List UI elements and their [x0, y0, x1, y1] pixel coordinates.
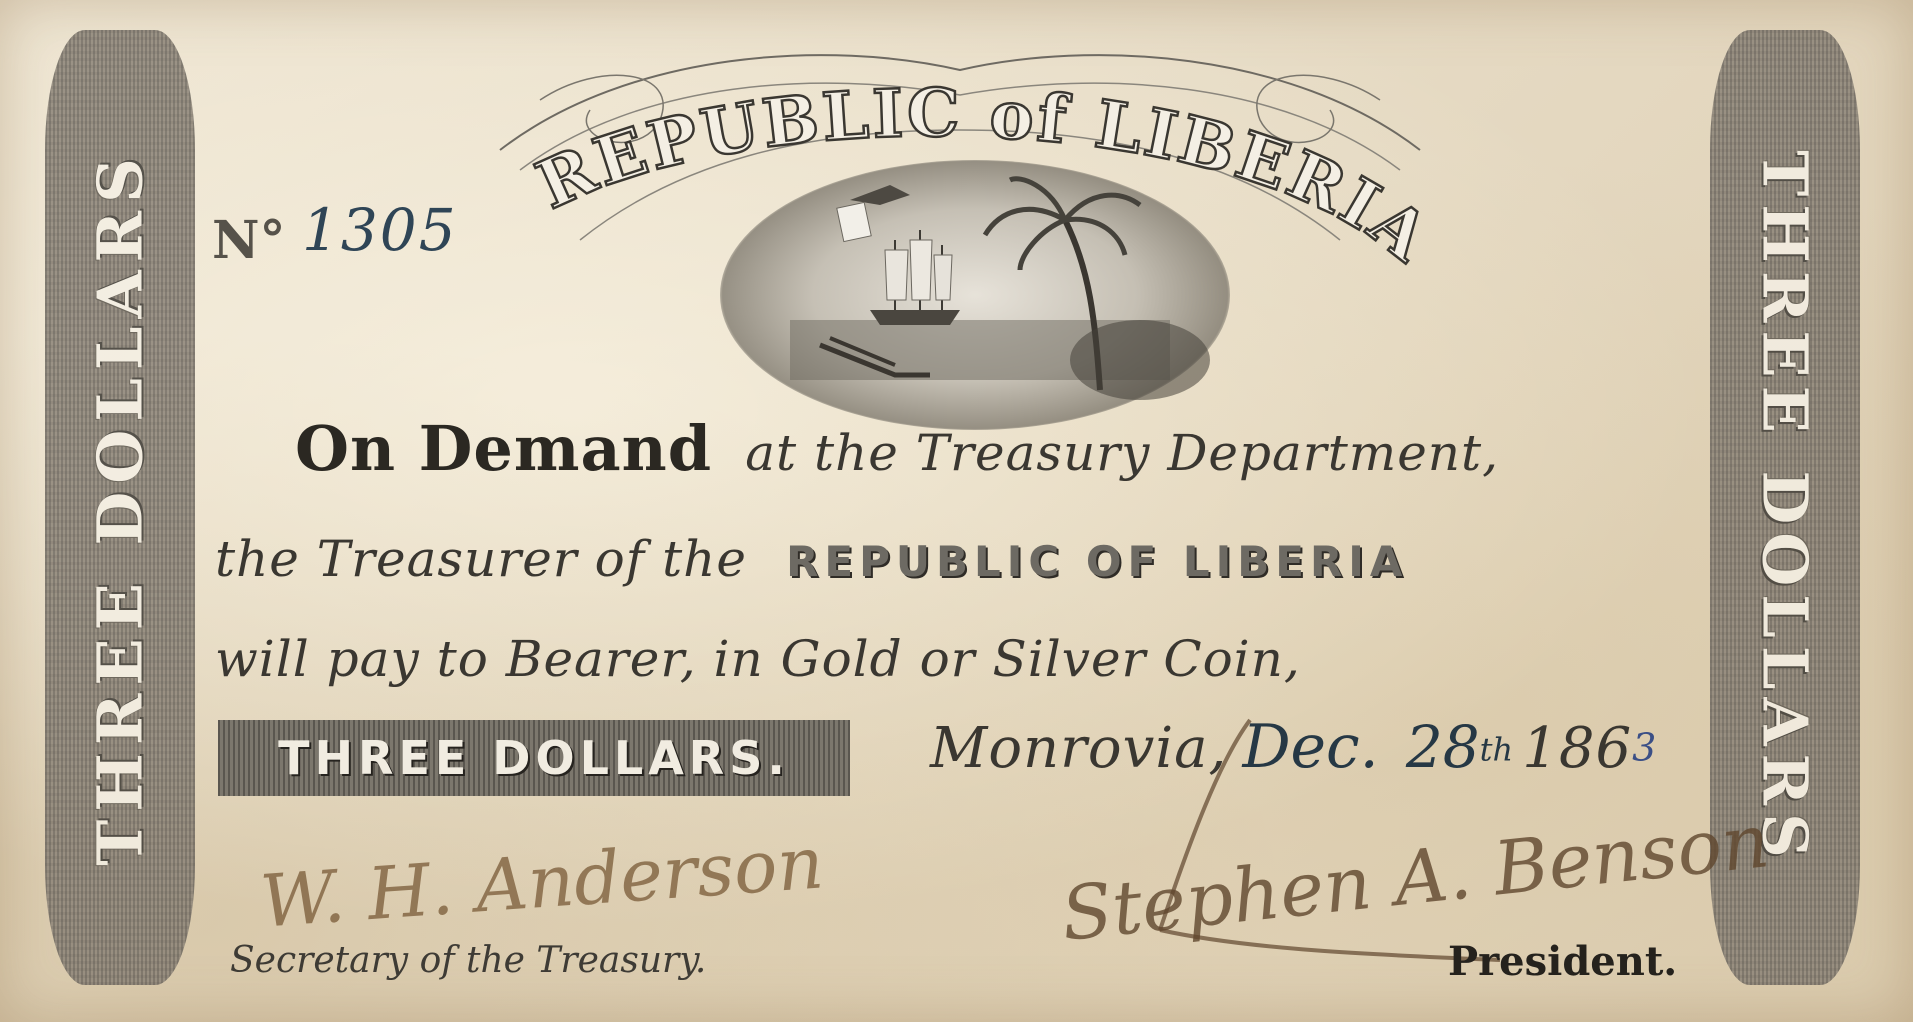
secretary-caption: Secretary of the Treasury.	[230, 940, 706, 981]
vignette-ship-palm-scene	[720, 160, 1230, 430]
payment-promise-text: will pay to Bearer, in Gold or Silver Co…	[215, 630, 1301, 688]
serial-number: 1305	[302, 196, 458, 264]
treasurer-text: the Treasurer of the	[215, 530, 747, 588]
president-caption: President.	[1448, 938, 1677, 985]
left-denomination-band: THREE DOLLARS	[45, 30, 195, 985]
amount-text: THREE DOLLARS.	[278, 731, 790, 785]
date-year-handwritten: 3	[1632, 726, 1656, 770]
ship-palm-vignette-icon	[720, 160, 1230, 430]
serial-label: N°	[212, 210, 286, 271]
republic-of-liberia-caps: REPUBLIC OF LIBERIA	[786, 537, 1408, 586]
on-demand-heading: On Demand	[295, 412, 712, 485]
secretary-signature: W. H. Anderson	[258, 820, 826, 943]
treasury-department-text: at the Treasury Department,	[745, 424, 1499, 482]
date-year-printed: 186	[1522, 716, 1632, 781]
amount-panel: THREE DOLLARS.	[218, 720, 850, 796]
right-band-text: THREE DOLLARS	[1749, 150, 1822, 866]
left-band-text: THREE DOLLARS	[84, 150, 157, 866]
banknote: THREE DOLLARS THREE DOLLARS REPUBLIC of …	[0, 0, 1913, 1022]
